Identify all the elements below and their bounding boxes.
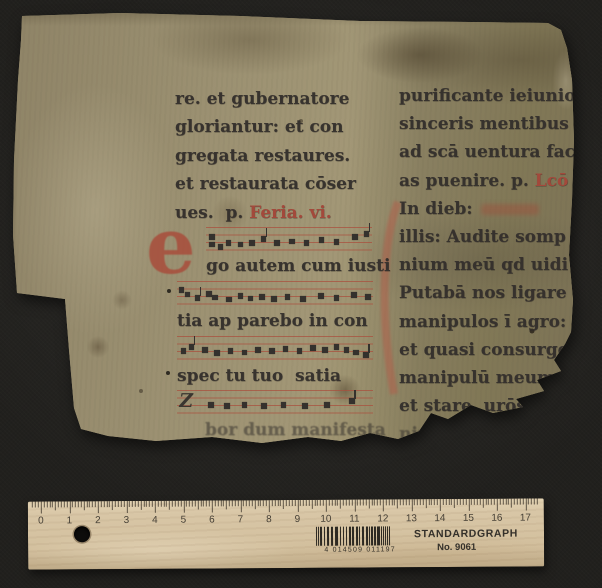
parchment-specks [0, 0, 2, 2]
ruler-tick [320, 500, 321, 506]
chant-lyric: tia ap parebo in con [177, 307, 368, 335]
ruler-tick [129, 501, 130, 507]
ruler-tick [69, 501, 70, 513]
ruler-tick [431, 499, 432, 505]
ruler-tick [38, 502, 39, 508]
manuscript-line: et stare. urōsq̄ [399, 392, 581, 420]
ruler-tick [468, 499, 469, 511]
fragment-surface: e re. et gubernatoregloriantur: et congr… [0, 0, 602, 470]
ruler-tick [485, 499, 486, 505]
ruler-number: 13 [406, 513, 417, 524]
neume [349, 398, 355, 404]
manuscript-line-rubric: ues. p. Feria. vi. [175, 199, 356, 227]
neume [228, 348, 234, 354]
neume [297, 348, 303, 354]
ruler-tick [494, 499, 495, 505]
ruler-tick [400, 499, 401, 505]
ruler-tick [417, 499, 418, 505]
ruler-tick [203, 500, 204, 506]
ruler-tick [386, 499, 387, 505]
ruler-number: 14 [434, 513, 445, 524]
ruler-tick [126, 501, 127, 513]
ruler-tick [169, 501, 170, 510]
neume [365, 294, 371, 300]
ruler-tick [200, 501, 201, 507]
neume [189, 344, 195, 350]
neume [238, 293, 244, 299]
ruler-tick [471, 499, 472, 505]
neume [269, 348, 275, 354]
neume [300, 296, 306, 302]
ruler-tick [132, 501, 133, 507]
ruler-tick [491, 499, 492, 505]
ruler-tick [369, 499, 370, 508]
ruler-tick [109, 501, 110, 507]
ruler-tick [266, 500, 267, 506]
ruler-number: 17 [520, 513, 531, 524]
ruler-tick [115, 501, 116, 507]
ruler-tick [440, 499, 441, 511]
ruler-tick [274, 500, 275, 506]
ruler-tick [172, 501, 173, 507]
ruler-tick [520, 499, 521, 505]
neume [289, 239, 295, 245]
ruler-tick [528, 499, 529, 505]
ruler-tick [252, 500, 253, 506]
ruler-tick [143, 501, 144, 507]
ruler-tick [286, 500, 287, 506]
ruler-tick [451, 499, 452, 505]
ruler-tick [44, 501, 45, 507]
neume [206, 291, 212, 297]
ruler-tick [46, 501, 47, 507]
ruler-tick [283, 500, 284, 509]
manuscript-line: In dieb: [399, 195, 581, 223]
neume [214, 350, 220, 356]
barcode-digits: 4 014509 011197 [316, 546, 404, 554]
neume [255, 347, 261, 353]
neume [226, 240, 232, 246]
ruler-number: 8 [266, 514, 272, 525]
ruler-tick [374, 499, 375, 505]
ruler-tick [215, 500, 216, 506]
manuscript-line: sinceris mentibus [399, 110, 581, 138]
ruler-tick [255, 500, 256, 509]
ruler-tick [138, 501, 139, 507]
ruler: 01234567891011121314151617 4 014509 0111… [28, 498, 544, 569]
ruler-hole [74, 526, 90, 542]
manuscript-line: Putabā nos ligare [399, 279, 581, 307]
ruler-tick [309, 500, 310, 506]
faded-rubric [481, 204, 539, 215]
ruler-tick [445, 499, 446, 505]
ruler-tick [155, 501, 156, 513]
neume [285, 294, 291, 300]
ruler-tick [75, 501, 76, 507]
manuscript-line: nipulos cir [399, 420, 581, 448]
ruler-tick [488, 499, 489, 505]
ruler-tick [306, 500, 307, 506]
ruler-tick [81, 501, 82, 507]
ruler-tick [243, 500, 244, 506]
ruler-tick [223, 500, 224, 506]
neume [351, 292, 357, 298]
neume [334, 295, 340, 301]
ruler-tick [500, 499, 501, 505]
ruler-tick [112, 501, 113, 510]
ruler-tick [505, 499, 506, 505]
neume [259, 294, 265, 300]
ruler-tick [229, 500, 230, 506]
ruler-tick [209, 500, 210, 506]
ruler-tick [380, 499, 381, 505]
ruler-tick [340, 500, 341, 509]
ruler-number: 16 [491, 513, 502, 524]
ruler-tick [497, 499, 498, 511]
ruler-tick [240, 500, 241, 512]
neume [334, 344, 340, 350]
ruler-tick [460, 499, 461, 505]
neume [363, 352, 369, 358]
neume [283, 346, 289, 352]
neume [242, 350, 248, 356]
ruler-tick [394, 499, 395, 505]
ruler-tick [263, 500, 264, 506]
ruler-tick [397, 499, 398, 508]
music-staff [206, 227, 372, 251]
ruler-tick [86, 501, 87, 507]
ruler-tick [349, 500, 350, 506]
neume [281, 402, 287, 408]
manuscript-line: manipulos ī agro: [399, 308, 581, 336]
neume [344, 347, 350, 353]
ruler-tick [334, 500, 335, 506]
ruler-tick [163, 501, 164, 507]
ruler-tick [89, 501, 90, 507]
ruler-tick [428, 499, 429, 505]
neume [302, 403, 308, 409]
ruler-tick [226, 500, 227, 509]
ruler-tick [326, 500, 327, 512]
ruler-tick [84, 501, 85, 510]
ruler-tick [152, 501, 153, 507]
ruler-tick [329, 500, 330, 506]
ruler-tick [437, 499, 438, 505]
ruler-tick [357, 500, 358, 506]
ruler-tick [426, 499, 427, 508]
ruler-tick [272, 500, 273, 506]
ruler-tick [423, 499, 424, 505]
manuscript-fragment: e re. et gubernatoregloriantur: et congr… [0, 0, 602, 470]
ruler-tick [158, 501, 159, 507]
manuscript-line: et quasi consurgen [399, 336, 581, 364]
ruler-tick [531, 498, 532, 504]
ruler-model: No. 9061 [437, 542, 476, 553]
ruler-tick [78, 501, 79, 507]
ruler-tick [383, 499, 384, 511]
ruler-tick [480, 499, 481, 505]
neume [209, 242, 215, 248]
ruler-tick [294, 500, 295, 506]
ruler-tick [66, 501, 67, 507]
ruler-tick [403, 499, 404, 505]
ruler-tick [406, 499, 407, 505]
ruler-tick [175, 501, 176, 507]
ruler-tick [61, 501, 62, 507]
barcode: 4 014509 011197 [316, 526, 404, 554]
neume [181, 348, 187, 354]
neume [242, 402, 248, 408]
ruler-tick [135, 501, 136, 507]
neume [271, 296, 277, 302]
ruler-number: 11 [349, 514, 359, 525]
ruler-number: 6 [209, 514, 215, 525]
chant-lyric: spec tu tuo satia [177, 362, 341, 390]
ruler-tick [178, 501, 179, 507]
ruler-tick [160, 501, 161, 507]
ruler-tick [166, 501, 167, 507]
ruler-tick [235, 500, 236, 506]
photo-background: e re. et gubernatoregloriantur: et congr… [0, 0, 602, 588]
ruler-tick [297, 500, 298, 512]
ruler-tick [118, 501, 119, 507]
music-staff [177, 336, 373, 360]
ruler-tick [411, 499, 412, 511]
ruler-tick [183, 501, 184, 513]
manuscript-line: as puenire. p. Lcō [399, 167, 581, 195]
ruler-tick [146, 501, 147, 507]
ruler-tick [141, 501, 142, 510]
ruler-tick [55, 501, 56, 510]
ruler-tick [64, 501, 65, 507]
ruler-tick [198, 501, 199, 510]
ruler-tick [537, 498, 538, 504]
ruler-number: 7 [238, 514, 244, 525]
ruler-tick [420, 499, 421, 505]
ruler-tick [49, 501, 50, 507]
ruler-tick [354, 500, 355, 512]
manuscript-line: manipulū meum [399, 364, 581, 392]
right-column: purificante ieiuniosinceris mentibusad s… [399, 82, 581, 449]
ruler-tick [391, 499, 392, 505]
manuscript-line: illis: Audite somp [399, 223, 581, 251]
ruler-tick [508, 499, 509, 505]
ruler-tick [534, 498, 535, 504]
ruler-tick [95, 501, 96, 507]
ruler-tick [106, 501, 107, 507]
neume [318, 293, 324, 299]
ruler-number: 12 [377, 513, 388, 524]
ruler-tick [477, 499, 478, 505]
neume [322, 347, 328, 353]
manuscript-line: et restaurata cōser [175, 170, 356, 198]
ruler-tick [483, 499, 484, 508]
ruler-tick [249, 500, 250, 506]
ruler-tick [408, 499, 409, 505]
ruler-tick [292, 500, 293, 506]
neume [218, 244, 224, 250]
ruler-tick [121, 501, 122, 507]
ruler-number: 10 [320, 514, 331, 525]
ruler-tick [312, 500, 313, 509]
neume [261, 236, 267, 242]
neume [319, 237, 325, 243]
ruler-tick [414, 499, 415, 505]
neume [179, 287, 185, 293]
ruler-tick [474, 499, 475, 505]
ruler-tick [337, 500, 338, 506]
ruler-tick [260, 500, 261, 506]
ruler-tick [448, 499, 449, 505]
neume [353, 350, 359, 356]
ruler-tick [303, 500, 304, 506]
ruler-tick [232, 500, 233, 506]
ruler-tick [366, 500, 367, 506]
ruler-tick [388, 499, 389, 505]
ruler-tick [237, 500, 238, 506]
ruler-tick [180, 501, 181, 507]
ruler-tick [300, 500, 301, 506]
ruler-tick [314, 500, 315, 506]
ruler-tick [212, 500, 213, 512]
neume [261, 403, 267, 409]
neume [274, 240, 280, 246]
ruler-tick [41, 501, 42, 513]
neume [249, 240, 255, 246]
neume [224, 403, 230, 409]
ruler-tick [502, 499, 503, 505]
ruler-number: 2 [95, 515, 101, 526]
manuscript-line: ad scā uentura faci [399, 138, 581, 166]
ruler-tick [52, 501, 53, 507]
ruler-tick [149, 501, 150, 507]
ruler-tick [35, 502, 36, 508]
manuscript-line: nium meū qd uidi [399, 251, 581, 279]
ruler-tick [511, 499, 512, 508]
ruler-tick [463, 499, 464, 505]
ruler-tick [457, 499, 458, 505]
ruler-tick [514, 499, 515, 505]
ruler-tick [377, 499, 378, 505]
neume [304, 240, 310, 246]
ruler-tick [217, 500, 218, 506]
neume [226, 297, 232, 303]
ruler-number: 5 [181, 515, 187, 526]
ruler-tick [434, 499, 435, 505]
ruler-tick [343, 500, 344, 506]
ruler-number: 9 [295, 514, 301, 525]
neume [248, 296, 254, 302]
ruler-tick [206, 500, 207, 506]
neume [202, 347, 208, 353]
ruler-tick [72, 501, 73, 507]
custos-mark: Z [177, 391, 194, 411]
manuscript-line: purificante ieiunio [399, 82, 581, 110]
neume [195, 295, 201, 301]
ruler-number: 1 [67, 515, 73, 526]
manuscript-line: re. et gubernatore [175, 85, 356, 113]
ruler-tick [360, 500, 361, 506]
ruler-tick [465, 499, 466, 505]
ruler-tick [98, 501, 99, 513]
ruler-tick [32, 502, 33, 508]
ruler-tick [522, 499, 523, 505]
neume [208, 402, 214, 408]
barcode-bars [316, 526, 404, 546]
ruler-tick [280, 500, 281, 506]
ruler-tick [331, 500, 332, 506]
neume [364, 231, 370, 237]
ruler-tick [220, 500, 221, 506]
ruler-tick [103, 501, 104, 507]
neume [324, 402, 330, 408]
ruler-tick [269, 500, 270, 512]
ruler-tick [195, 501, 196, 507]
ruler-number: 15 [463, 513, 474, 524]
ruler-tick [189, 501, 190, 507]
neume [212, 295, 218, 301]
ruler-tick [246, 500, 247, 506]
ruler-tick [363, 500, 364, 506]
music-staff [177, 281, 373, 305]
ruler-tick [186, 501, 187, 507]
neume [238, 242, 244, 248]
ruler-tick [317, 500, 318, 506]
neume [185, 292, 191, 298]
manuscript-line: gregata restaures. [175, 142, 356, 170]
neume [334, 239, 340, 245]
ruler-tick [257, 500, 258, 506]
chant-lyric: go autem cum iusti [206, 252, 390, 280]
left-column-top: re. et gubernatoregloriantur: et congreg… [175, 85, 356, 227]
ruler-tick [525, 499, 526, 511]
neume [209, 234, 215, 240]
manuscript-line: gloriantur: et con [175, 113, 356, 141]
ruler-tick [351, 500, 352, 506]
ruler-tick [123, 501, 124, 507]
ruler-tick [58, 501, 59, 507]
ruler-tick [371, 499, 372, 505]
ruler-tick [289, 500, 290, 506]
ruler-tick [277, 500, 278, 506]
ruler-tick [443, 499, 444, 505]
ruler-tick [101, 501, 102, 507]
ruler-tick [192, 501, 193, 507]
neume [310, 345, 316, 351]
ruler-tick [323, 500, 324, 506]
neume [352, 234, 358, 240]
cutoff-line: bor dum manifesta [205, 416, 386, 444]
ruler-brand: STANDARDGRAPH [414, 528, 514, 541]
ruler-number: 3 [124, 515, 130, 526]
ruler-tick [517, 499, 518, 505]
ruler-number: 4 [152, 515, 158, 526]
ruler-tick [92, 501, 93, 507]
ruler-ticks [28, 498, 544, 501]
ruler-number: 0 [38, 515, 44, 526]
ruler-tick [454, 499, 455, 508]
ruler-tick [346, 500, 347, 506]
music-staff: Z [177, 390, 373, 414]
